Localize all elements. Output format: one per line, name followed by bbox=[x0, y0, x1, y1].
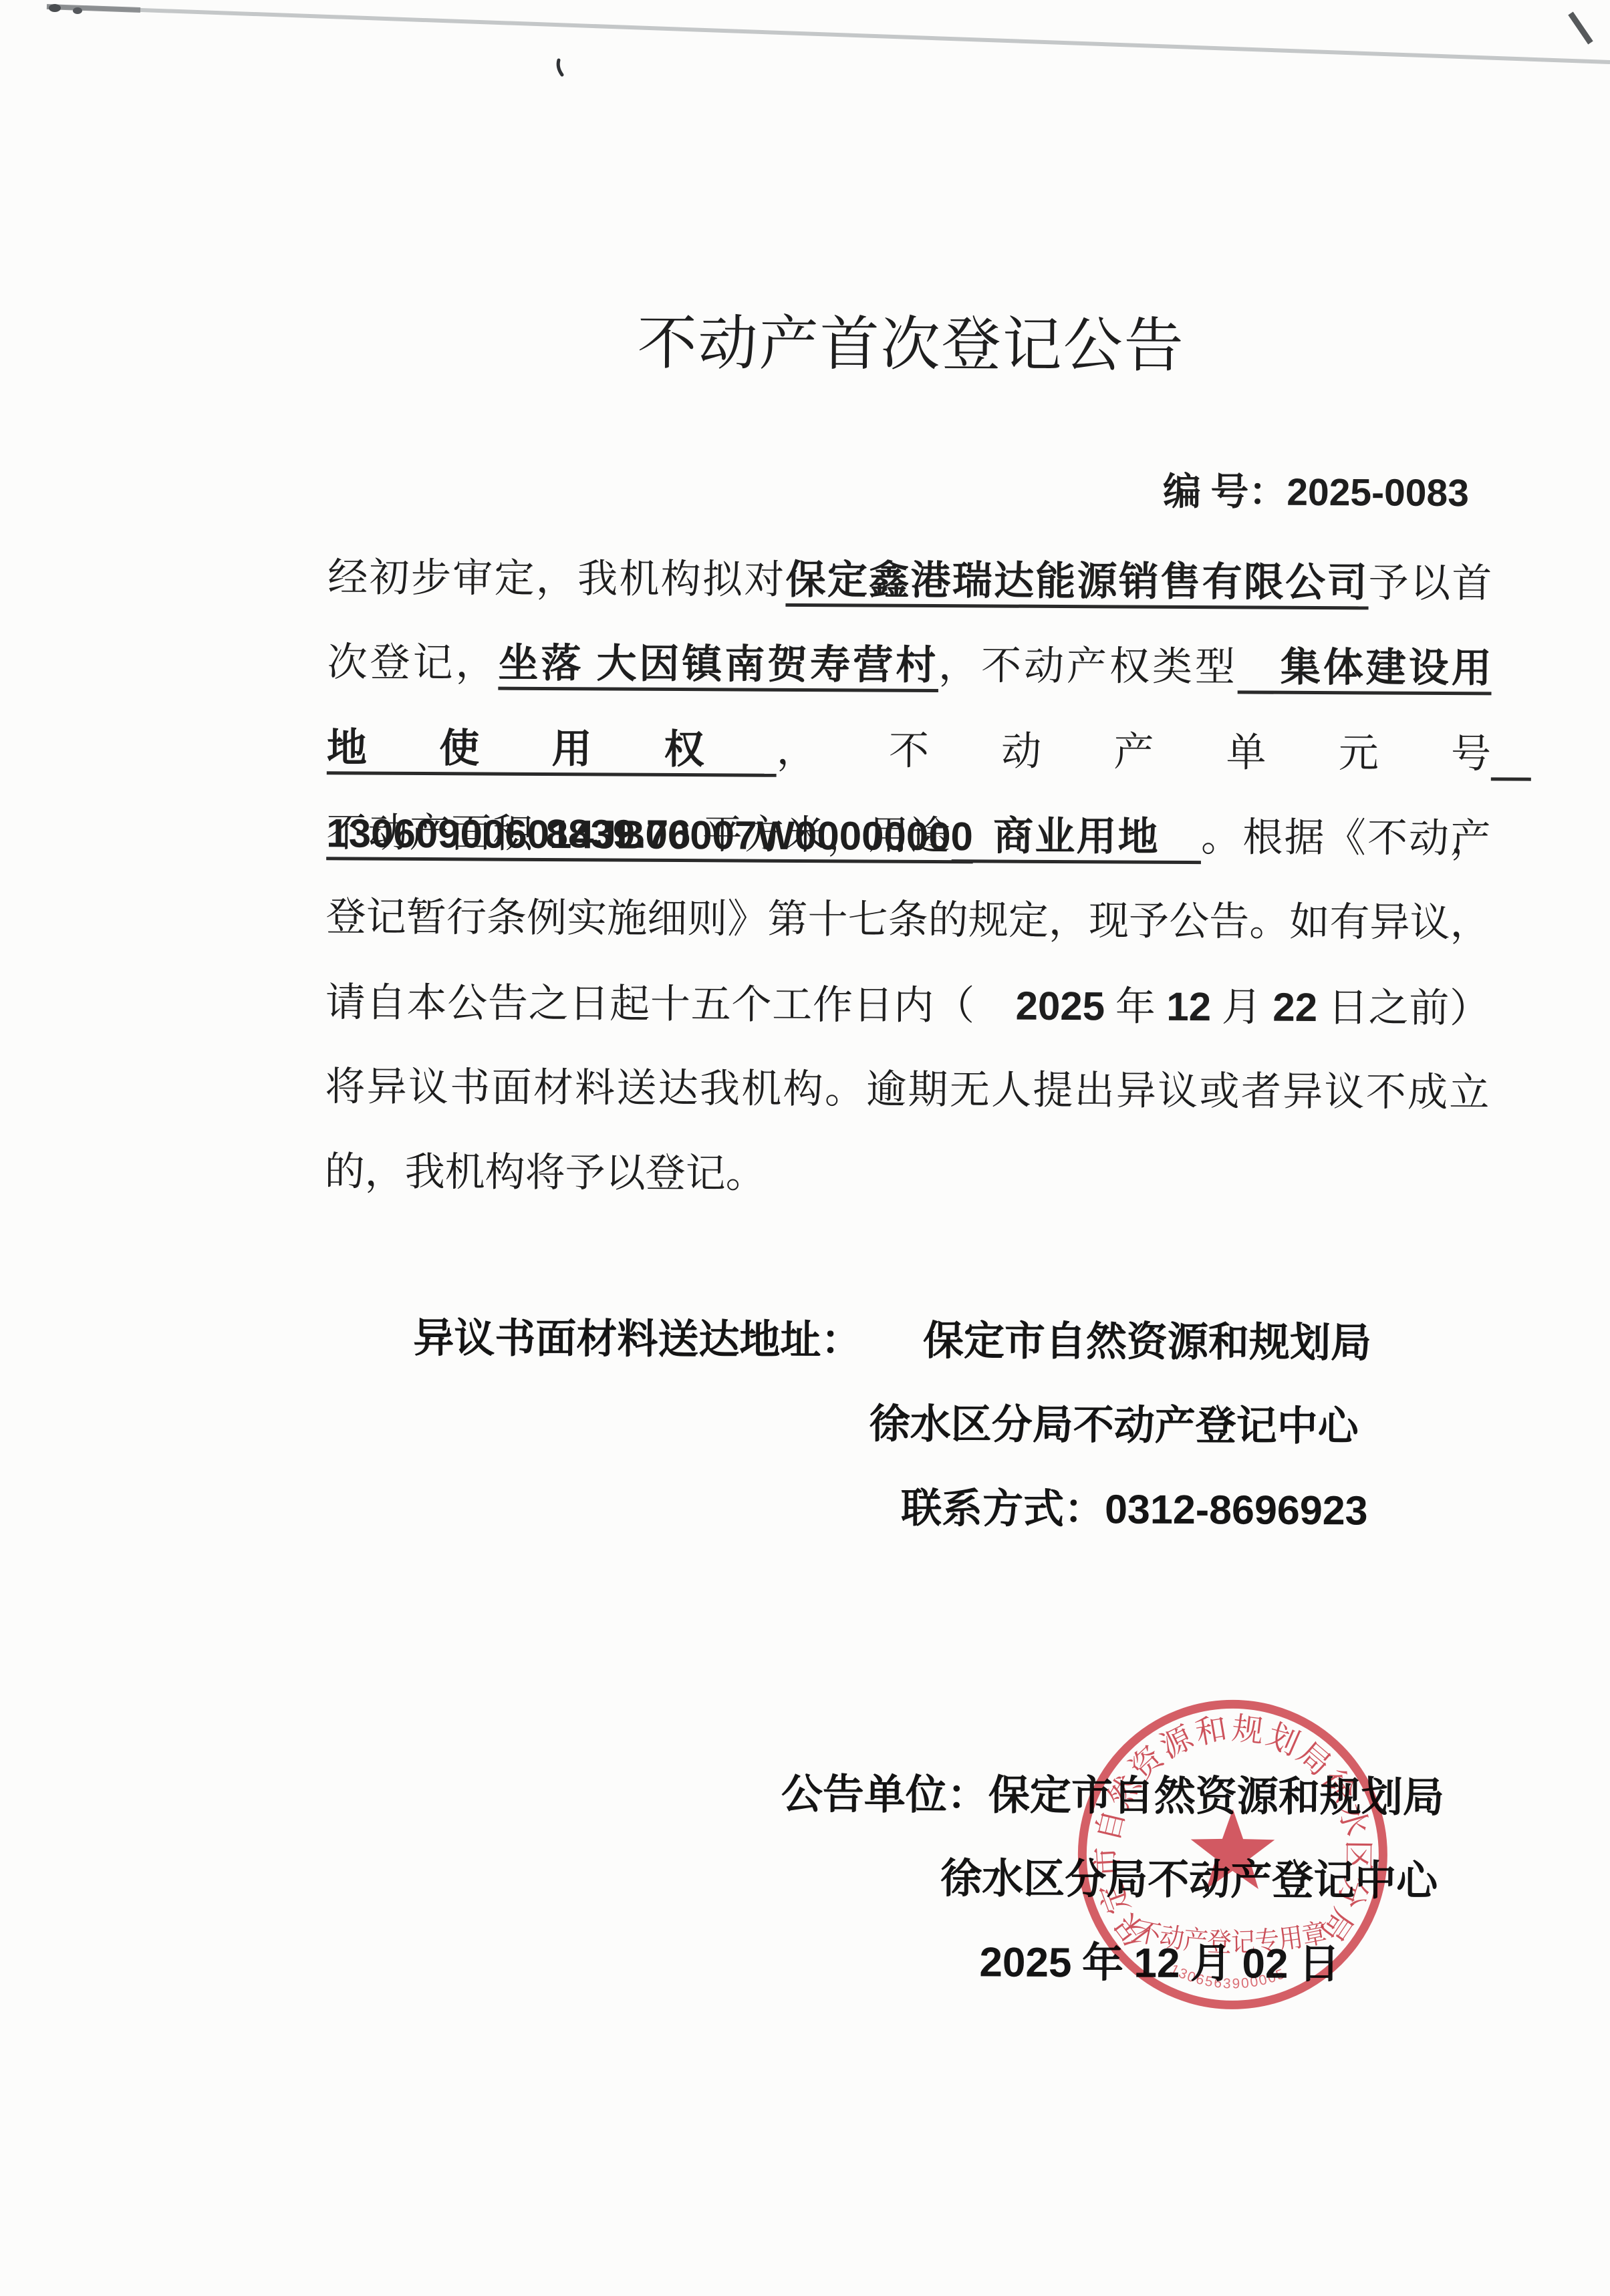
seal-arc-path bbox=[1117, 1739, 1349, 1936]
contact-line: 联系方式：0312-8696923 bbox=[901, 1486, 1368, 1534]
deadline-year: 2025 bbox=[1015, 984, 1105, 1029]
deadline-day: 22 bbox=[1272, 985, 1317, 1030]
line-text: 。根据《不动产 bbox=[1201, 815, 1491, 861]
line-text: 月 bbox=[1211, 985, 1273, 1029]
line-text: 将异议书面材料送达我机构。逾期无人提出异议或者异议不成立 bbox=[325, 1064, 1489, 1115]
paragraph-line-3: 地使用权，不动产单元号 130609006014JB00007W00000000… bbox=[327, 705, 1492, 796]
contact-label: 联系方式： bbox=[901, 1487, 1105, 1533]
serial-number-line: 编 号：2025-0083 bbox=[1163, 471, 1469, 515]
date-unit: 月 bbox=[1180, 1941, 1242, 1987]
contact-phone-number: 0312-8696923 bbox=[1105, 1486, 1368, 1533]
line-text: 经初步审定，我机构拟对 bbox=[327, 555, 786, 602]
paragraph-line-5: 登记暂行条例实施细则》第十七条的规定，现予公告。如有异议， bbox=[325, 875, 1490, 966]
page-title: 不动产首次登记公告 bbox=[329, 313, 1493, 378]
objection-address-line-2: 徐水区分局不动产登记中心 bbox=[869, 1403, 1359, 1450]
right-type-value: 集体建设用 bbox=[1238, 645, 1492, 690]
usage-value: 商业用地 bbox=[952, 814, 1202, 859]
paragraph-line-4: 不动产面积 8839.76 平方米，用途 商业用地 。根据《不动产 bbox=[326, 790, 1491, 881]
area-value: 8839.76 bbox=[545, 811, 690, 857]
line-text: 登记暂行条例实施细则》第十七条的规定，现予公告。如有异议， bbox=[326, 895, 1490, 945]
objection-address-org-2: 徐水区分局不动产登记中心 bbox=[869, 1403, 1359, 1450]
line-text: 不动产面积 bbox=[326, 811, 546, 856]
scanned-document-page: 不动产首次登记公告 编 号：2025-0083 经初步审定，我机构拟对保定鑫港瑞… bbox=[0, 0, 1610, 2296]
line-text: 年 bbox=[1105, 984, 1167, 1028]
paragraph-line-1: 经初步审定，我机构拟对保定鑫港瑞达能源销售有限公司予以首 bbox=[327, 535, 1492, 626]
line-text: ，不动产单元号 bbox=[777, 728, 1492, 776]
line-text: 平方米，用途 bbox=[690, 813, 952, 858]
date-unit: 年 bbox=[1071, 1941, 1133, 1986]
announcement-paragraph: 经初步审定，我机构拟对保定鑫港瑞达能源销售有限公司予以首 次登记，坐落 大因镇南… bbox=[324, 535, 1492, 1220]
issue-month: 12 bbox=[1133, 1941, 1180, 1987]
date-unit: 日 bbox=[1288, 1942, 1340, 1987]
line-text: 日之前） bbox=[1317, 986, 1490, 1030]
issue-year: 2025 bbox=[979, 1939, 1071, 1986]
objection-address-org-1: 保定市自然资源和规划局 bbox=[923, 1319, 1371, 1367]
spacer bbox=[841, 1318, 923, 1364]
issuer-org-1: 保定市自然资源和规划局 bbox=[988, 1773, 1444, 1821]
paragraph-line-8: 的，我机构将予以登记。 bbox=[324, 1129, 1489, 1220]
line-text: 次登记， bbox=[327, 640, 499, 685]
objection-address-line-1: 异议书面材料送达地址： 保定市自然资源和规划局 bbox=[413, 1316, 1371, 1367]
issue-day: 02 bbox=[1242, 1941, 1288, 1987]
paragraph-line-7: 将异议书面材料送达我机构。逾期无人提出异议或者异议不成立 bbox=[325, 1044, 1490, 1135]
location-value: 坐落 大因镇南贺寿营村 bbox=[498, 641, 938, 688]
serial-label: 编 号： bbox=[1163, 471, 1287, 514]
line-text: 予以首 bbox=[1369, 561, 1492, 605]
issuer-line-2: 徐水区分局不动产登记中心 bbox=[940, 1856, 1438, 1904]
line-text: 的，我机构将予以登记。 bbox=[325, 1149, 766, 1195]
issuer-line-1: 公告单位：保定市自然资源和规划局 bbox=[781, 1772, 1444, 1821]
issuer-label: 公告单位： bbox=[781, 1772, 988, 1819]
seal-arc-text: 保定市自然资源和规划局徐水区分局 bbox=[1089, 1711, 1376, 1954]
right-type-value-cont: 地使用权 bbox=[327, 726, 777, 772]
objection-address-label: 异议书面材料送达地址： bbox=[413, 1316, 841, 1363]
paragraph-line-6: 请自本公告之日起十五个工作日内（ 2025 年 12 月 22 日之前） bbox=[325, 960, 1490, 1050]
line-text: 请自本公告之日起十五个工作日内（ bbox=[325, 980, 1016, 1028]
deadline-month: 12 bbox=[1166, 984, 1211, 1029]
issuer-org-2: 徐水区分局不动产登记中心 bbox=[940, 1856, 1438, 1904]
document-content: 不动产首次登记公告 编 号：2025-0083 经初步审定，我机构拟对保定鑫港瑞… bbox=[0, 0, 1610, 2296]
line-text: ，不动产权类型 bbox=[938, 643, 1238, 689]
serial-number: 2025-0083 bbox=[1287, 471, 1469, 515]
issue-date-line: 2025 年 12 月 02 日 bbox=[979, 1940, 1340, 1987]
paragraph-line-2: 次登记，坐落 大因镇南贺寿营村，不动产权类型 集体建设用 bbox=[327, 620, 1492, 711]
owner-company-name: 保定鑫港瑞达能源销售有限公司 bbox=[785, 558, 1368, 605]
